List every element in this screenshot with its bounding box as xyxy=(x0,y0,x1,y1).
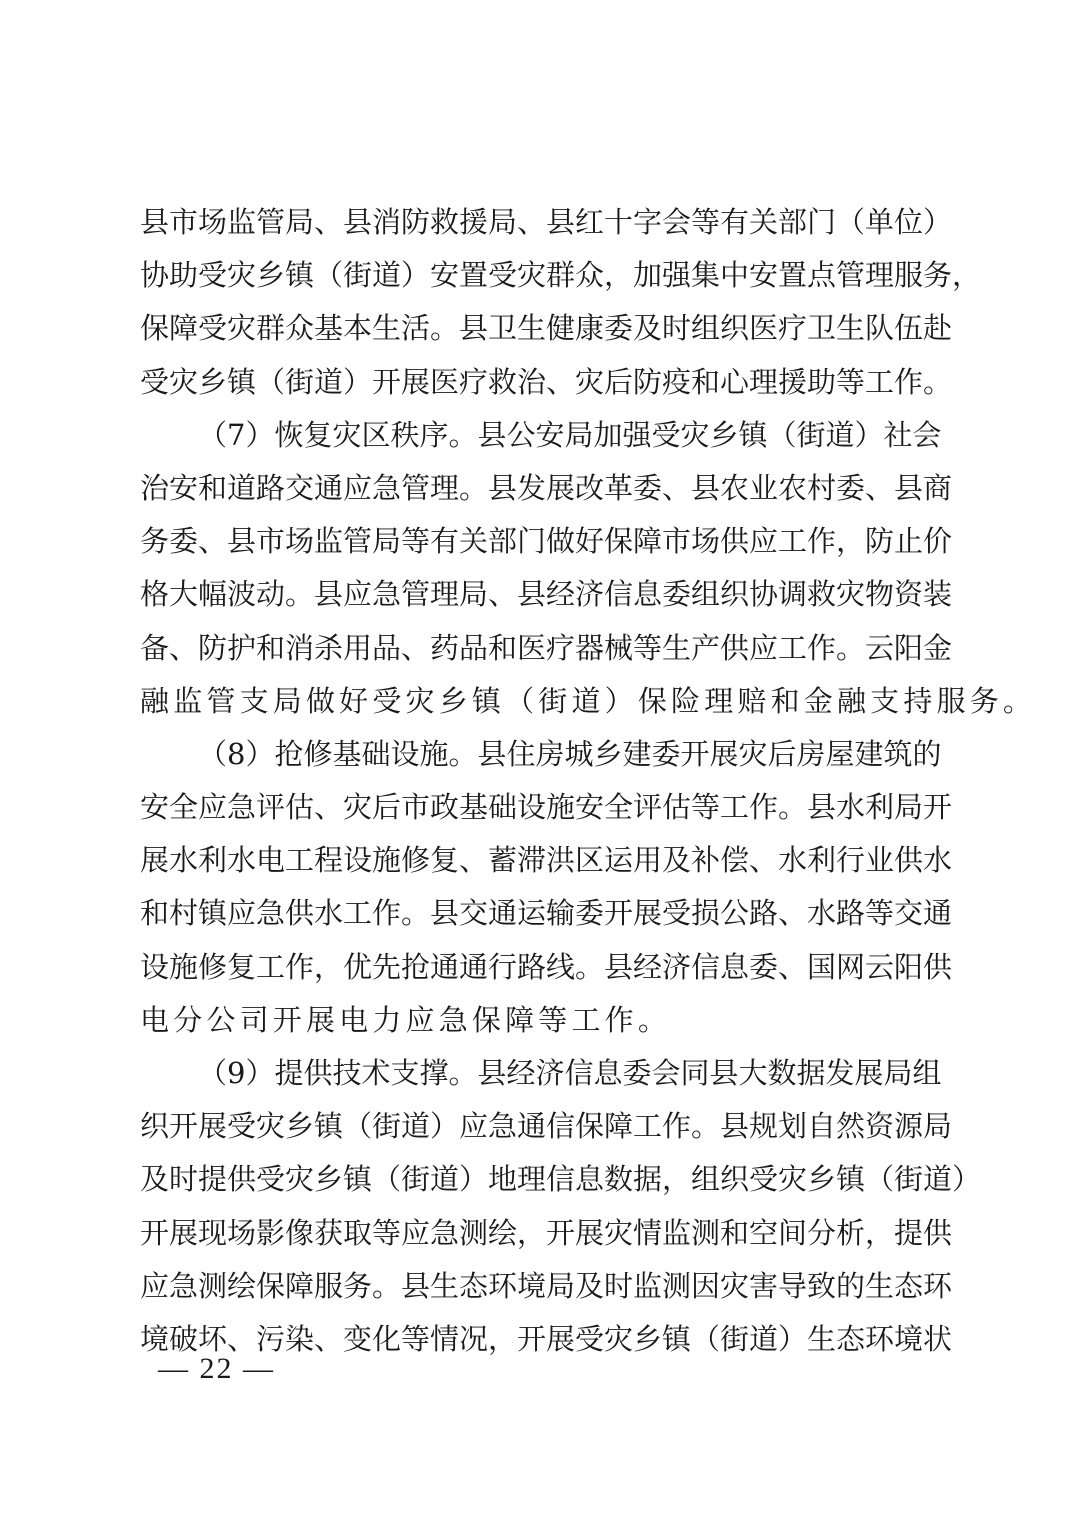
text-line: 融监管支局做好受灾乡镇（街道）保险理赔和金融支持服务。 xyxy=(140,681,940,734)
text-line: 格大幅波动。县应急管理局、县经济信息委组织协调救灾物资装 xyxy=(140,574,940,627)
text-line: 电分公司开展电力应急保障等工作。 xyxy=(140,1000,940,1053)
text-line: 应急测绘保障服务。县生态环境局及时监测因灾害导致的生态环 xyxy=(140,1266,940,1319)
text-line: （7）恢复灾区秩序。县公安局加强受灾乡镇（街道）社会 xyxy=(140,415,940,468)
document-page: 县市场监管局、县消防救援局、县红十字会等有关部门（单位）协助受灾乡镇（街道）安置… xyxy=(0,0,1074,1520)
body-text: 县市场监管局、县消防救援局、县红十字会等有关部门（单位）协助受灾乡镇（街道）安置… xyxy=(140,202,940,1372)
text-line: （9）提供技术支撑。县经济信息委会同县大数据发展局组 xyxy=(140,1053,940,1106)
text-line: （8）抢修基础设施。县住房城乡建委开展灾后房屋建筑的 xyxy=(140,734,940,787)
text-line: 备、防护和消杀用品、药品和医疗器械等生产供应工作。云阳金 xyxy=(140,628,940,681)
text-line: 务委、县市场监管局等有关部门做好保障市场供应工作，防止价 xyxy=(140,521,940,574)
text-line: 和村镇应急供水工作。县交通运输委开展受损公路、水路等交通 xyxy=(140,893,940,946)
text-line: 受灾乡镇（街道）开展医疗救治、灾后防疫和心理援助等工作。 xyxy=(140,362,940,415)
text-line: 织开展受灾乡镇（街道）应急通信保障工作。县规划自然资源局 xyxy=(140,1106,940,1159)
text-line: 治安和道路交通应急管理。县发展改革委、县农业农村委、县商 xyxy=(140,468,940,521)
text-line: 县市场监管局、县消防救援局、县红十字会等有关部门（单位） xyxy=(140,202,940,255)
text-line: 开展现场影像获取等应急测绘，开展灾情监测和空间分析，提供 xyxy=(140,1213,940,1266)
text-line: 设施修复工作，优先抢通通行路线。县经济信息委、国网云阳供 xyxy=(140,947,940,1000)
text-line: 及时提供受灾乡镇（街道）地理信息数据，组织受灾乡镇（街道） xyxy=(140,1159,940,1212)
page-number: — 22 — xyxy=(158,1352,275,1386)
text-line: 展水利水电工程设施修复、蓄滞洪区运用及补偿、水利行业供水 xyxy=(140,840,940,893)
text-line: 安全应急评估、灾后市政基础设施安全评估等工作。县水利局开 xyxy=(140,787,940,840)
text-line: 协助受灾乡镇（街道）安置受灾群众，加强集中安置点管理服务， xyxy=(140,255,940,308)
text-line: 保障受灾群众基本生活。县卫生健康委及时组织医疗卫生队伍赴 xyxy=(140,308,940,361)
